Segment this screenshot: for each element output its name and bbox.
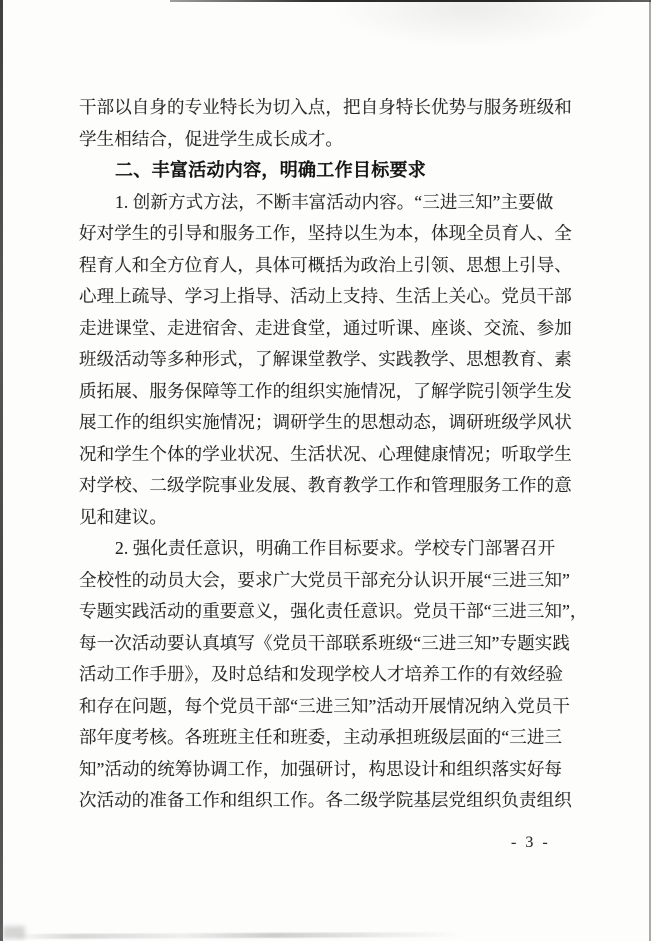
text-line: 心理上疏导、学习上指导、活动上支持、生活上关心。党员干部	[79, 281, 589, 313]
document-page: 干部以自身的专业特长为切入点，把自身特长优势与服务班级和 学生相结合，促进学生成…	[0, 0, 651, 941]
scan-edge-left	[0, 0, 3, 941]
text-line: 好对学生的引导和服务工作，坚持以生为本，体现全员育人、全	[79, 218, 589, 250]
text-line: 全校性的动员大会，要求广大党员干部充分认识开展“三进三知”	[79, 565, 589, 597]
text-line: 活动工作手册》，及时总结和发现学校人才培养工作的有效经验	[79, 659, 589, 691]
text-line: 知”活动的统筹协调工作，加强研讨，构思设计和组织落实好每	[79, 754, 589, 786]
text-line: 专题实践活动的重要意义，强化责任意识。党员干部“三进三知”，	[79, 596, 589, 628]
text-line: 学生相结合，促进学生成长成才。	[79, 124, 589, 156]
text-line: 班级活动等多种形式，了解课堂教学、实践教学、思想教育、素	[79, 344, 589, 376]
text-line: 况和学生个体的学业状况、生活状况、心理健康情况；听取学生	[79, 439, 589, 471]
text-line: 干部以自身的专业特长为切入点，把自身特长优势与服务班级和	[79, 92, 589, 124]
text-line: 走进课堂、走进宿舍、走进食堂，通过听课、座谈、交流、参加	[79, 313, 589, 345]
text-line: 次活动的准备工作和组织工作。各二级学院基层党组织负责组织	[79, 785, 589, 817]
text-line: 见和建议。	[79, 502, 589, 534]
text-line: 程育人和全方位育人，具体可概括为政治上引领、思想上引导、	[79, 250, 589, 282]
text-line: 对学校、二级学院事业发展、教育教学工作和管理服务工作的意	[79, 470, 589, 502]
text-line: 每一次活动要认真填写《党员干部联系班级“三进三知”专题实践	[79, 628, 589, 660]
scan-smudge-bottom	[12, 932, 462, 939]
scan-noise-top	[330, 2, 610, 48]
text-line: 展工作的组织实施情况；调研学生的思想动态，调研班级学风状	[79, 407, 589, 439]
section-heading: 二、丰富活动内容，明确工作目标要求	[79, 155, 589, 187]
text-line: 部年度考核。各班班主任和班委，主动承担班级层面的“三进三	[79, 722, 589, 754]
text-line: 质拓展、服务保障等工作的组织实施情况，了解学院引领学生发	[79, 376, 589, 408]
document-body: 干部以自身的专业特长为切入点，把自身特长优势与服务班级和 学生相结合，促进学生成…	[79, 92, 589, 817]
text-line: 2. 强化责任意识，明确工作目标要求。学校专门部署召开	[79, 533, 589, 565]
page-number: - 3 -	[511, 834, 550, 852]
scan-blob-bottom-left	[3, 926, 25, 939]
text-line: 1. 创新方式方法，不断丰富活动内容。“三进三知”主要做	[79, 187, 589, 219]
text-line: 和存在问题，每个党员干部“三进三知”活动开展情况纳入党员干	[79, 691, 589, 723]
